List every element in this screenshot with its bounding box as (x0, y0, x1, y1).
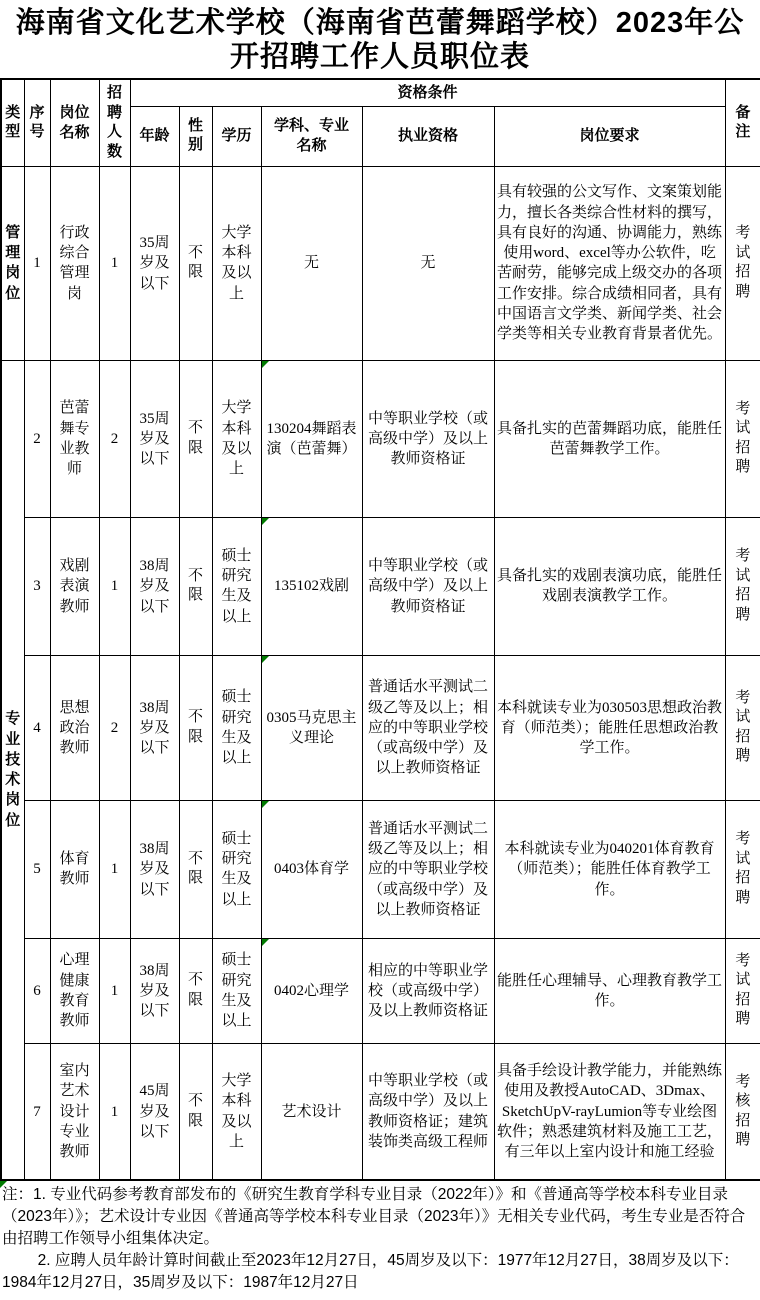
cell-remark: 考试招聘 (725, 655, 760, 800)
cell-cert: 中等职业学校（或高级中学）及以上教师资格证 (362, 517, 494, 655)
table-row: 6 心理健康教育教师 1 38周岁及以下 不限 硕士研究生及以上 0402心理学… (1, 938, 760, 1043)
position-table: 类型 序号 岗位名称 招聘人数 资格条件 备注 年龄 性别 学历 学科、专业名称… (0, 78, 760, 1181)
cell-position-name: 行政综合管理岗 (50, 166, 99, 360)
cell-cert: 普通话水平测试二级乙等及以上；相应的中等职业学校（或高级中学）及以上教师资格证 (362, 655, 494, 800)
table-row: 3 戏剧表演教师 1 38周岁及以下 不限 硕士研究生及以上 135102戏剧 … (1, 517, 760, 655)
header-row-1: 类型 序号 岗位名称 招聘人数 资格条件 备注 (1, 79, 760, 106)
cell-edu: 硕士研究生及以上 (212, 655, 261, 800)
green-corner-marker (262, 361, 269, 368)
cell-requirements: 能胜任心理辅导、心理教育教学工作。 (494, 938, 725, 1043)
col-header-req: 岗位要求 (494, 106, 725, 166)
cell-requirements: 具备扎实的芭蕾舞蹈功底，能胜任芭蕾舞教学工作。 (494, 360, 725, 517)
cell-requirements: 具有较强的公文写作、文案策划能力，擅长各类综合性材料的撰写，具有良好的沟通、协调… (494, 166, 725, 360)
cell-major: 130204舞蹈表演（芭蕾舞） (261, 360, 362, 517)
cell-count: 1 (99, 517, 130, 655)
cell-age: 35周岁及以下 (130, 166, 179, 360)
cell-requirements: 具备扎实的戏剧表演功底，能胜任戏剧表演教学工作。 (494, 517, 725, 655)
cell-edu: 大学本科及以上 (212, 166, 261, 360)
table-row: 4 思想政治教师 2 38周岁及以下 不限 硕士研究生及以上 0305马克思主义… (1, 655, 760, 800)
cell-major: 0403体育学 (261, 800, 362, 938)
col-header-cert: 执业资格 (362, 106, 494, 166)
cell-requirements: 本科就读专业为040201体育教育（师范类）；能胜任体育教学工作。 (494, 800, 725, 938)
page-title: 海南省文化艺术学校（海南省芭蕾舞蹈学校）2023年公开招聘工作人员职位表 (0, 0, 760, 78)
cell-cert: 中等职业学校（或高级中学）及以上教师资格证；建筑装饰类高级工程师 (362, 1043, 494, 1180)
cell-count: 1 (99, 166, 130, 360)
cell-position-name: 思想政治教师 (50, 655, 99, 800)
cell-edu: 硕士研究生及以上 (212, 800, 261, 938)
footnote-2: 2. 应聘人员年龄计算时间截止至2023年12月27日，45周岁及以下：1977… (2, 1250, 758, 1294)
cell-age: 38周岁及以下 (130, 655, 179, 800)
cell-no: 1 (24, 166, 50, 360)
col-header-position-name: 岗位名称 (50, 79, 99, 166)
cell-edu: 硕士研究生及以上 (212, 938, 261, 1043)
cell-major: 0402心理学 (261, 938, 362, 1043)
cell-cert: 中等职业学校（或高级中学）及以上教师资格证 (362, 360, 494, 517)
table-row: 管理岗位 1 行政综合管理岗 1 35周岁及以下 不限 大学本科及以上 无 无 … (1, 166, 760, 360)
cell-no: 2 (24, 360, 50, 517)
cell-category-management: 管理岗位 (1, 166, 24, 360)
cell-position-name: 体育教师 (50, 800, 99, 938)
cell-requirements: 本科就读专业为030503思想政治教育（师范类）；能胜任思想政治教学工作。 (494, 655, 725, 800)
cell-no: 5 (24, 800, 50, 938)
footnote-1: 注：1. 专业代码参考教育部发布的《研究生教育学科专业目录（2022年）》和《普… (2, 1184, 758, 1250)
green-corner-marker (262, 801, 269, 808)
cell-no: 6 (24, 938, 50, 1043)
cell-gender: 不限 (179, 166, 212, 360)
cell-count: 2 (99, 655, 130, 800)
cell-remark: 考试招聘 (725, 166, 760, 360)
col-header-count: 招聘人数 (99, 79, 130, 166)
cell-gender: 不限 (179, 360, 212, 517)
col-header-edu: 学历 (212, 106, 261, 166)
cell-gender: 不限 (179, 1043, 212, 1180)
table-row: 专业技术岗位 2 芭蕾舞专业教师 2 35周岁及以下 不限 大学本科及以上 13… (1, 360, 760, 517)
cell-gender: 不限 (179, 517, 212, 655)
col-header-qualification: 资格条件 (130, 79, 725, 106)
cell-requirements: 具备手绘设计教学能力，并能熟练使用及教授AutoCAD、3Dmax、Sketch… (494, 1043, 725, 1180)
table-row: 7 室内艺术设计专业教师 1 45周岁及以下 不限 大学本科及以上 艺术设计 中… (1, 1043, 760, 1180)
table-row: 5 体育教师 1 38周岁及以下 不限 硕士研究生及以上 0403体育学 普通话… (1, 800, 760, 938)
cell-gender: 不限 (179, 800, 212, 938)
cell-count: 1 (99, 800, 130, 938)
cell-count: 2 (99, 360, 130, 517)
recruitment-position-sheet: 海南省文化艺术学校（海南省芭蕾舞蹈学校）2023年公开招聘工作人员职位表 类型 … (0, 0, 760, 1300)
col-header-type: 类型 (1, 79, 24, 166)
cell-remark: 考试招聘 (725, 800, 760, 938)
cell-cert: 无 (362, 166, 494, 360)
cell-gender: 不限 (179, 938, 212, 1043)
cell-remark: 考试招聘 (725, 517, 760, 655)
green-corner-marker (0, 1181, 7, 1188)
col-header-gender: 性别 (179, 106, 212, 166)
cell-no: 4 (24, 655, 50, 800)
cell-age: 38周岁及以下 (130, 800, 179, 938)
cell-age: 38周岁及以下 (130, 517, 179, 655)
cell-age: 38周岁及以下 (130, 938, 179, 1043)
cell-no: 3 (24, 517, 50, 655)
cell-cert: 普通话水平测试二级乙等及以上；相应的中等职业学校（或高级中学）及以上教师资格证 (362, 800, 494, 938)
cell-edu: 大学本科及以上 (212, 360, 261, 517)
col-header-age: 年龄 (130, 106, 179, 166)
cell-position-name: 芭蕾舞专业教师 (50, 360, 99, 517)
green-corner-marker (262, 518, 269, 525)
cell-no: 7 (24, 1043, 50, 1180)
cell-remark: 考试招聘 (725, 938, 760, 1043)
col-header-major: 学科、专业名称 (261, 106, 362, 166)
cell-gender: 不限 (179, 655, 212, 800)
cell-count: 1 (99, 938, 130, 1043)
cell-major: 艺术设计 (261, 1043, 362, 1180)
cell-remark: 考试招聘 (725, 360, 760, 517)
cell-position-name: 室内艺术设计专业教师 (50, 1043, 99, 1180)
col-header-remark: 备注 (725, 79, 760, 166)
cell-major: 135102戏剧 (261, 517, 362, 655)
cell-cert: 相应的中等职业学校（或高级中学）及以上教师资格证 (362, 938, 494, 1043)
cell-position-name: 戏剧表演教师 (50, 517, 99, 655)
cell-major: 0305马克思主义理论 (261, 655, 362, 800)
cell-edu: 大学本科及以上 (212, 1043, 261, 1180)
cell-position-name: 心理健康教育教师 (50, 938, 99, 1043)
cell-count: 1 (99, 1043, 130, 1180)
cell-category-professional: 专业技术岗位 (1, 360, 24, 1180)
cell-remark: 考核招聘 (725, 1043, 760, 1180)
footnotes: 注：1. 专业代码参考教育部发布的《研究生教育学科专业目录（2022年）》和《普… (0, 1181, 760, 1300)
cell-major: 无 (261, 166, 362, 360)
cell-edu: 硕士研究生及以上 (212, 517, 261, 655)
cell-age: 35周岁及以下 (130, 360, 179, 517)
green-corner-marker (262, 939, 269, 946)
cell-age: 45周岁及以下 (130, 1043, 179, 1180)
green-corner-marker (262, 656, 269, 663)
col-header-no: 序号 (24, 79, 50, 166)
